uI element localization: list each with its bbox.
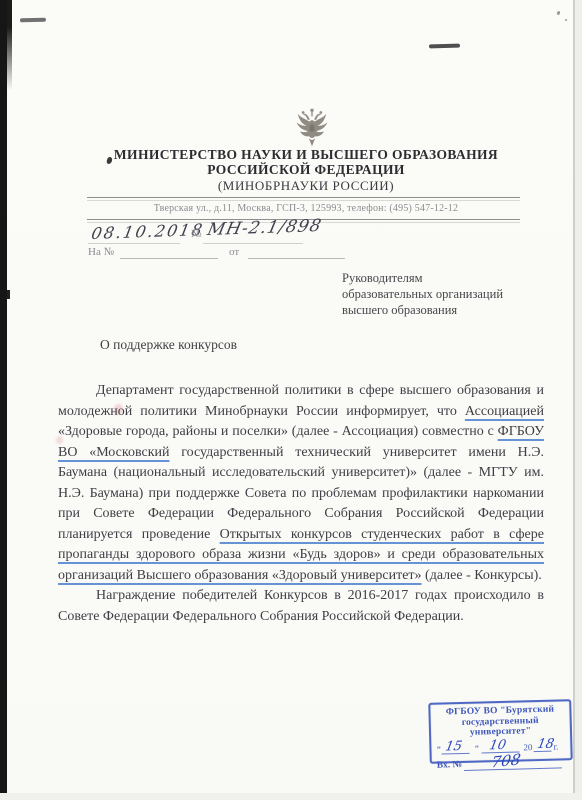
ministry-short-name: (МИНОБРНАУКИ РОССИИ) [60, 178, 552, 194]
scan-left-edge [0, 0, 7, 800]
stamp-year-suffix: г. [553, 741, 558, 751]
pen-dash-mark-top-left [20, 18, 46, 23]
recipient-block: Руководителям образовательных организаци… [342, 270, 552, 318]
stamp-handwritten-entry-number: 708 [490, 750, 522, 771]
number-field-line [203, 243, 303, 244]
recipient-line: высшего образования [342, 302, 552, 318]
scanned-letter-page: МИНИСТЕРСТВО НАУКИ И ВЫСШЕГО ОБРАЗОВАНИЯ… [0, 0, 582, 800]
ministry-title-line2: РОССИЙСКОЙ ФЕДЕРАЦИИ [60, 162, 552, 178]
body-segment: (далее - Конкурсы). [422, 568, 542, 583]
stamp-entry-row: Вх. № 708 [432, 754, 571, 774]
incoming-registration-stamp: ФГБОУ ВО "Бурятский государственный унив… [428, 699, 573, 764]
stamp-year-prefix: 20 [523, 742, 532, 752]
stamp-org-line2: государственный университет" [431, 715, 571, 740]
stamp-organization-name: ФГБОУ ВО "Бурятский государственный унив… [430, 704, 570, 739]
handwritten-outgoing-date: 08.10.2018 [90, 220, 206, 243]
reply-to-number-label: На № [88, 246, 114, 258]
scan-speck [556, 11, 560, 16]
number-sign-label: № [191, 228, 202, 240]
letterhead-divider-top [87, 197, 520, 201]
letter-body: Департамент государственной политики в с… [58, 381, 544, 627]
body-paragraph-1: Департамент государственной политики в с… [58, 381, 544, 586]
body-paragraph-2: Награждение победителей Конкурсов в 2016… [58, 586, 544, 627]
scan-edge-notch [7, 290, 10, 299]
scan-speck [565, 19, 567, 21]
pen-underlined-segment: Ассоциацией [465, 404, 544, 419]
pen-dash-mark-top-right [429, 44, 460, 49]
letter-subject: О поддержке конкурсов [100, 337, 237, 353]
stamp-quote-close: " [474, 743, 479, 753]
scan-right-edge-strip [575, 0, 582, 800]
handwritten-outgoing-number: МН-2.1/898 [205, 216, 323, 240]
ministry-title-line1: МИНИСТЕРСТВО НАУКИ И ВЫСШЕГО ОБРАЗОВАНИЯ [60, 147, 552, 163]
scan-bottom-edge [0, 793, 582, 800]
scan-left-edge-taper [7, 0, 12, 90]
recipient-line: образовательных организаций [342, 286, 552, 302]
reply-number-blank-line [120, 258, 218, 259]
reply-from-label: от [229, 246, 239, 258]
date-field-line [88, 243, 180, 244]
recipient-line: Руководителям [342, 270, 552, 286]
ministry-address-line: Тверская ул., д.11, Москва, ГСП-3, 12599… [60, 203, 552, 214]
body-segment: «Здоровые города, районы и поселки» (дал… [58, 424, 498, 439]
stamp-entry-label: Вх. № [437, 760, 463, 771]
reply-date-blank-line [248, 258, 345, 259]
russia-coat-of-arms-icon [294, 107, 330, 149]
